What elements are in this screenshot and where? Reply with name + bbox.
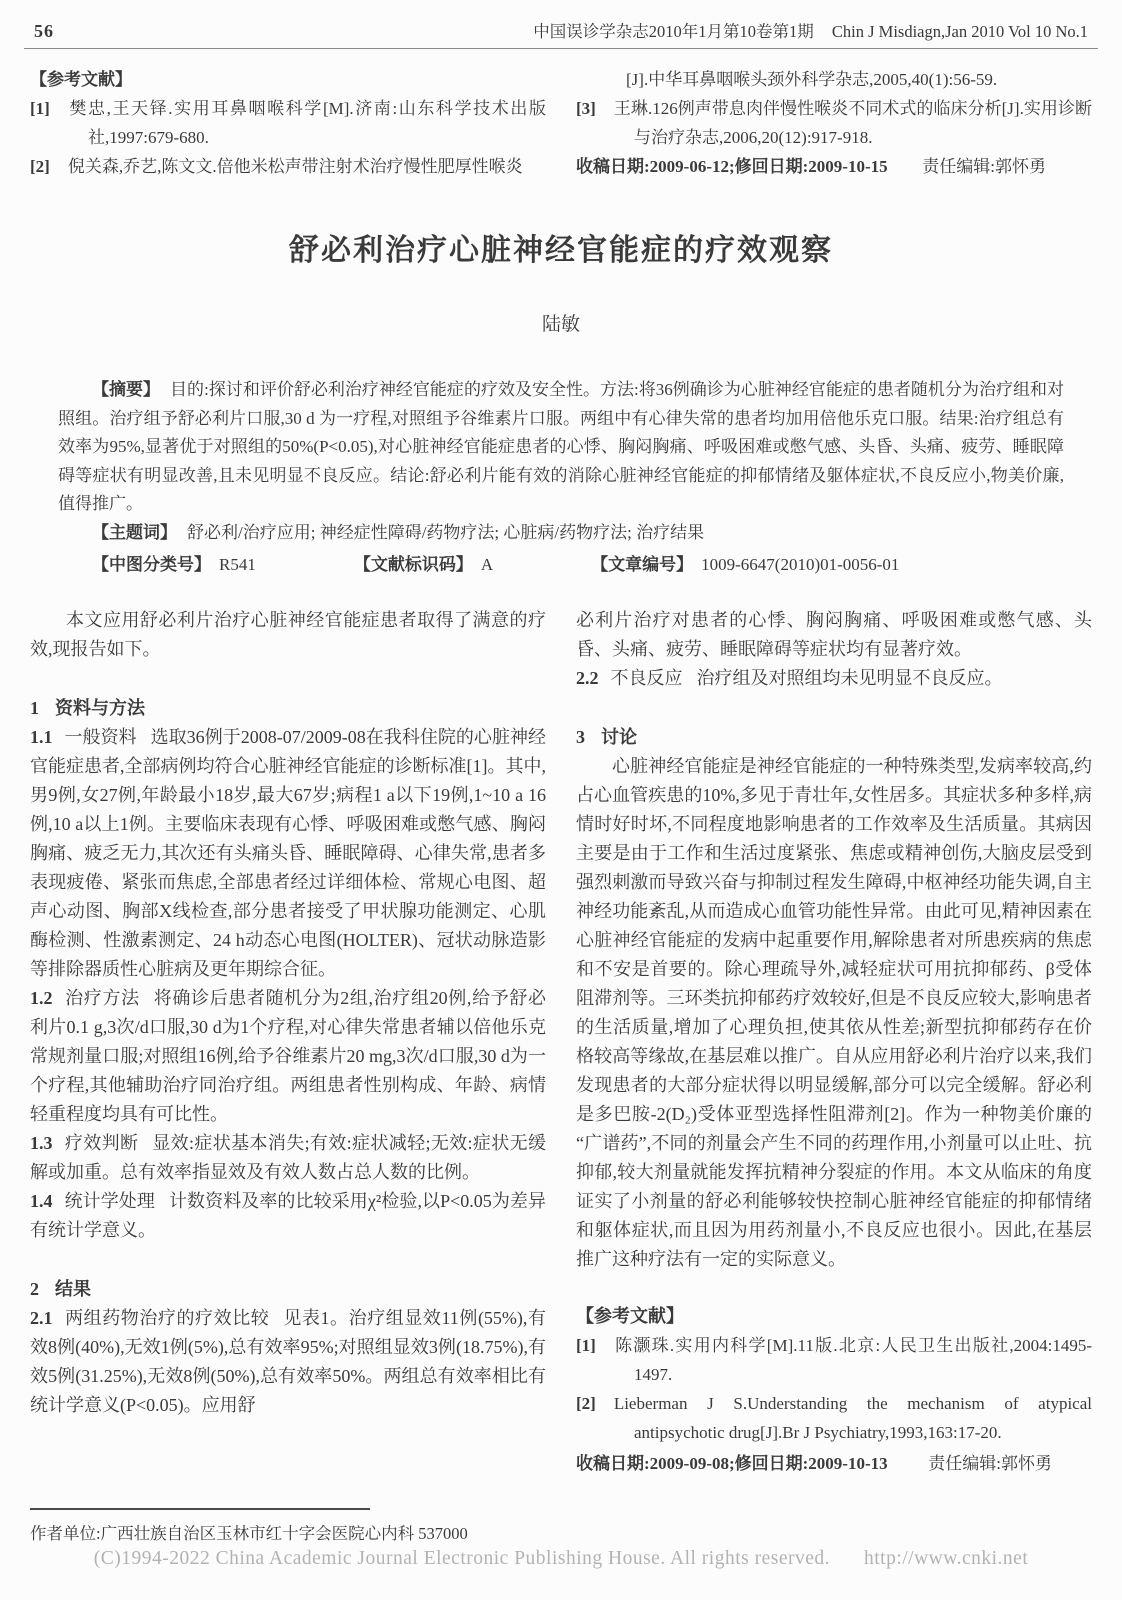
journal-title-line: 中国误诊学杂志2010年1月第10卷第1期 Chin J Misdiagn,Ja… — [533, 18, 1088, 42]
section-number: 3 — [576, 727, 585, 747]
article-id-pair: 【文章编号】1009-6647(2010)01-0056-01 — [557, 551, 899, 580]
article-author: 陆敏 — [30, 309, 1092, 336]
section-title: 资料与方法 — [55, 698, 145, 718]
prev-ref-2: [2]倪关森,乔艺,陈文文.倍他米松声带注射术治疗慢性肥厚性喉炎 — [30, 152, 546, 181]
section-1-1: 1.1一般资料选取36例于2008-07/2009-08在我科住院的心脏神经官能… — [30, 723, 546, 984]
discussion-paragraph: 心脏神经官能症是神经官能症的一种特殊类型,发病率较高,约占心血管疾患的10%,多… — [576, 752, 1092, 1274]
abstract-block: 【摘要】目的:探讨和评价舒必利治疗神经官能症的疗效及安全性。方法:将36例确诊为… — [58, 376, 1064, 580]
section-2-1-continuation: 必利片治疗对患者的心悸、胸闷胸痛、呼吸困难或憋气感、头昏、头痛、疲劳、睡眠障碍等… — [576, 606, 1092, 664]
ref-number: [2] — [30, 157, 50, 176]
reference-1: [1]陈灏珠.实用内科学[M].11版.北京:人民卫生出版社,2004:1495… — [576, 1331, 1092, 1389]
prev-ref-1: [1]樊忠,王天铎.实用耳鼻咽喉科学[M].济南:山东科学技术出版社,1997:… — [30, 94, 546, 152]
cnki-url: http://www.cnki.net — [864, 1548, 1028, 1569]
article-id-label: 【文章编号】 — [591, 555, 693, 574]
ref-number: [2] — [576, 1394, 596, 1413]
page-header: 56 中国误诊学杂志2010年1月第10卷第1期 Chin J Misdiagn… — [30, 14, 1092, 48]
section-3-heading: 3讨论 — [576, 723, 1092, 752]
section-2-2: 2.2不良反应治疗组及对照组均未见明显不良反应。 — [576, 664, 1092, 693]
ref-text: 王琳.126例声带息肉伴慢性喉炎不同术式的临床分析[J].实用诊断与治疗杂志,2… — [614, 99, 1092, 147]
ref-number: [3] — [576, 99, 596, 118]
section-1-2: 1.2治疗方法将确诊后患者随机分为2组,治疗组20例,给予舒必利片0.1 g,3… — [30, 984, 546, 1129]
keywords-text: 舒必利/治疗应用; 神经症性障碍/药物疗法; 心脏病/药物疗法; 治疗结果 — [187, 523, 704, 542]
copyright-footer: (C)1994-2022 China Academic Journal Elec… — [0, 1548, 1122, 1570]
copyright-text: (C)1994-2022 China Academic Journal Elec… — [94, 1548, 830, 1569]
received-revised-dates: 收稿日期:2009-06-12;修回日期:2009-10-15 — [576, 152, 888, 181]
section-1-3: 1.3疗效判断显效:症状基本消失;有效:症状减轻;无效:症状无缓解或加重。总有效… — [30, 1129, 546, 1187]
previous-article-references: 【参考文献】 [1]樊忠,王天铎.实用耳鼻咽喉科学[M].济南:山东科学技术出版… — [30, 65, 1092, 181]
header-divider — [24, 48, 1098, 49]
abstract-text: 目的:探讨和评价舒必利治疗神经官能症的疗效及安全性。方法:将36例确诊为心脏神经… — [58, 380, 1064, 513]
subsection-number: 1.3 — [30, 1133, 53, 1153]
ref-text: 倪关森,乔艺,陈文文.倍他米松声带注射术治疗慢性肥厚性喉炎 — [68, 157, 523, 176]
section-title: 结果 — [55, 1279, 91, 1299]
article-dates-row: 收稿日期:2009-09-08;修回日期:2009-10-13 责任编辑:郭怀勇 — [576, 1449, 1092, 1478]
journal-title-cn: 中国误诊学杂志2010年1月第10卷第1期 — [533, 22, 814, 41]
subsection-text: 治疗组及对照组均未见明显不良反应。 — [697, 668, 1003, 688]
ref-number: [1] — [576, 1336, 596, 1355]
article-body: 本文应用舒必利片治疗心脏神经官能症患者取得了满意的疗效,现报告如下。 1资料与方… — [30, 606, 1092, 1548]
page-number: 56 — [34, 21, 54, 42]
article-id-value: 1009-6647(2010)01-0056-01 — [701, 555, 899, 574]
body-right-column: 必利片治疗对患者的心悸、胸闷胸痛、呼吸困难或憋气感、头昏、头痛、疲劳、睡眠障碍等… — [576, 606, 1092, 1548]
subsection-number: 1.4 — [30, 1191, 53, 1211]
section-2-1: 2.1两组药物治疗的疗效比较见表1。治疗组显效11例(55%),有效8例(40%… — [30, 1304, 546, 1420]
clc-value: R541 — [219, 555, 256, 574]
abstract-label: 【摘要】 — [92, 380, 160, 399]
subsection-title: 一般资料 — [65, 727, 137, 747]
section-number: 2 — [30, 1279, 39, 1299]
body-left-column: 本文应用舒必利片治疗心脏神经官能症患者取得了满意的疗效,现报告如下。 1资料与方… — [30, 606, 546, 1548]
subsection-number: 1.1 — [30, 727, 53, 747]
doc-code-pair: 【文献标识码】A — [320, 551, 493, 580]
subsection-title: 不良反应 — [611, 668, 683, 688]
received-revised-dates: 收稿日期:2009-09-08;修回日期:2009-10-13 — [576, 1449, 888, 1478]
prev-refs-heading: 【参考文献】 — [30, 65, 546, 94]
article-title: 舒必利治疗心脏神经官能症的疗效观察 — [30, 225, 1092, 269]
keywords-paragraph: 【主题词】舒必利/治疗应用; 神经症性障碍/药物疗法; 心脏病/药物疗法; 治疗… — [58, 519, 1064, 548]
subsection-title: 统计学处理 — [65, 1191, 155, 1211]
clc-pair: 【中图分类号】R541 — [58, 551, 256, 580]
prev-refs-right-column: [J].中华耳鼻咽喉头颈外科学杂志,2005,40(1):56-59. [3]王… — [576, 65, 1092, 181]
section-2-heading: 2结果 — [30, 1275, 546, 1304]
prev-ref-3: [3]王琳.126例声带息肉伴慢性喉炎不同术式的临床分析[J].实用诊断与治疗杂… — [576, 94, 1092, 152]
doc-code-value: A — [481, 555, 493, 574]
subsection-number: 2.2 — [576, 668, 599, 688]
classification-row: 【中图分类号】R541 【文献标识码】A 【文章编号】1009-6647(201… — [58, 551, 1064, 580]
section-1-heading: 1资料与方法 — [30, 694, 546, 723]
abstract-paragraph: 【摘要】目的:探讨和评价舒必利治疗神经官能症的疗效及安全性。方法:将36例确诊为… — [58, 376, 1064, 519]
subsection-text: 选取36例于2008-07/2009-08在我科住院的心脏神经官能症患者,全部病… — [30, 727, 546, 979]
reference-2: [2]Lieberman J S.Understanding the mecha… — [576, 1389, 1092, 1447]
doc-code-label: 【文献标识码】 — [354, 555, 473, 574]
journal-page: 56 中国误诊学杂志2010年1月第10卷第1期 Chin J Misdiagn… — [0, 0, 1122, 1600]
prev-refs-left-column: 【参考文献】 [1]樊忠,王天铎.实用耳鼻咽喉科学[M].济南:山东科学技术出版… — [30, 65, 546, 181]
section-number: 1 — [30, 698, 39, 718]
section-1-4: 1.4统计学处理计数资料及率的比较采用χ²检验,以P<0.05为差异有统计学意义… — [30, 1187, 546, 1245]
author-affiliation-footnote: 作者单位:广西壮族自治区玉林市红十字会医院心内科 537000 — [30, 1508, 546, 1548]
journal-title-en: Chin J Misdiagn,Jan 2010 Vol 10 No.1 — [832, 22, 1088, 41]
subsection-number: 2.1 — [30, 1308, 53, 1328]
section-title: 讨论 — [601, 727, 637, 747]
clc-label: 【中图分类号】 — [92, 555, 211, 574]
prev-article-dates-row: 收稿日期:2009-06-12;修回日期:2009-10-15 责任编辑:郭怀勇 — [576, 152, 1092, 181]
ref-number: [1] — [30, 99, 50, 118]
footnote-divider — [30, 1508, 370, 1510]
responsible-editor: 责任编辑:郭怀勇 — [922, 152, 1046, 181]
prev-ref-2-continuation: [J].中华耳鼻咽喉头颈外科学杂志,2005,40(1):56-59. — [576, 65, 1092, 94]
references-heading: 【参考文献】 — [576, 1302, 1092, 1331]
ref-text: Lieberman J S.Understanding the mechanis… — [614, 1394, 1092, 1442]
responsible-editor: 责任编辑:郭怀勇 — [928, 1449, 1052, 1478]
ref-text: 樊忠,王天铎.实用耳鼻咽喉科学[M].济南:山东科学技术出版社,1997:679… — [68, 99, 546, 147]
subsection-number: 1.2 — [30, 988, 53, 1008]
subsection-title: 两组药物治疗的疗效比较 — [65, 1308, 270, 1328]
keywords-label: 【主题词】 — [92, 523, 177, 542]
subsection-title: 治疗方法 — [65, 988, 140, 1008]
intro-paragraph: 本文应用舒必利片治疗心脏神经官能症患者取得了满意的疗效,现报告如下。 — [30, 606, 546, 664]
affiliation-text: 作者单位:广西壮族自治区玉林市红十字会医院心内科 537000 — [30, 1519, 546, 1548]
subsection-title: 疗效判断 — [65, 1133, 139, 1153]
ref-text: 陈灏珠.实用内科学[M].11版.北京:人民卫生出版社,2004:1495-14… — [614, 1336, 1092, 1384]
